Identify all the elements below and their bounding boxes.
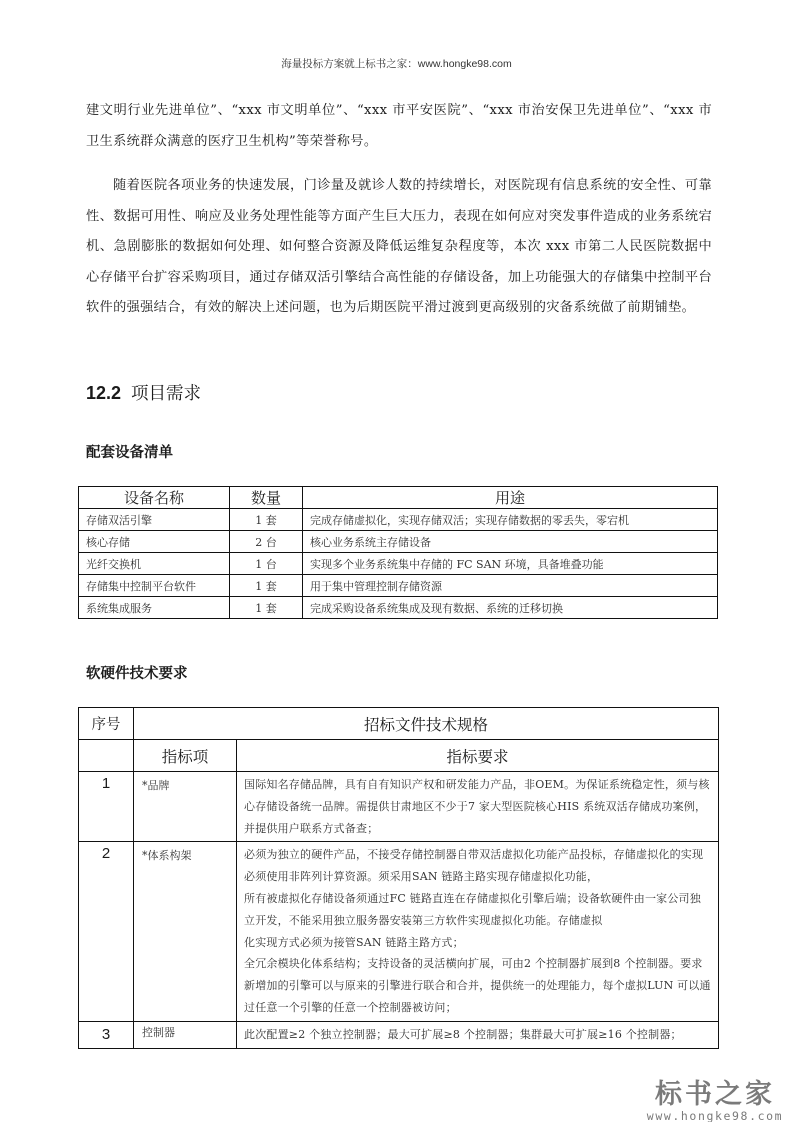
cell-use: 完成采购设备系统集成及现有数据、系统的迁移切换 xyxy=(303,597,718,619)
table-header-row: 序号 招标文件技术规格 xyxy=(79,708,719,740)
section-title: 项目需求 xyxy=(131,384,201,404)
cell-sn: 2 xyxy=(79,842,134,1021)
cell-req: 此次配置≥2 个独立控制器；最大可扩展≥8 个控制器；集群最大可扩展≥16 个控… xyxy=(237,1021,719,1048)
req-line: 全冗余模块化体系结构；支持设备的灵活横向扩展，可由2 个控制器扩展到8 个控制器… xyxy=(244,953,712,1018)
cell-use: 完成存储虚拟化，实现存储双活；实现存储数据的零丢失，零宕机 xyxy=(303,509,718,531)
cell-name: 光纤交换机 xyxy=(79,553,230,575)
table-row: 光纤交换机 1 台 实现多个业务系统集中存储的 FC SAN 环境，具备堆叠功能 xyxy=(79,553,718,575)
cell-name: 系统集成服务 xyxy=(79,597,230,619)
cell-item: *体系构架 xyxy=(134,842,237,1021)
cell-name: 存储集中控制平台软件 xyxy=(79,575,230,597)
table-row: 3 控制器 此次配置≥2 个独立控制器；最大可扩展≥8 个控制器；集群最大可扩展… xyxy=(79,1021,719,1048)
table-row: 存储双活引擎 1 套 完成存储虚拟化，实现存储双活；实现存储数据的零丢失，零宕机 xyxy=(79,509,718,531)
section-heading: 12.2项目需求 xyxy=(86,380,201,405)
table-row: 1 *品牌 国际知名存储品牌，具有自有知识产权和研发能力产品，非OEM。为保证系… xyxy=(79,772,719,842)
col-header-req: 指标要求 xyxy=(237,740,719,772)
cell-name: 存储双活引擎 xyxy=(79,509,230,531)
equipment-heading: 配套设备清单 xyxy=(86,441,173,462)
cell-item: *品牌 xyxy=(134,772,237,842)
table-header-row: 设备名称 数量 用途 xyxy=(79,487,718,509)
cell-use: 实现多个业务系统集中存储的 FC SAN 环境，具备堆叠功能 xyxy=(303,553,718,575)
cell-name: 核心存储 xyxy=(79,531,230,553)
cell-qty: 1 台 xyxy=(230,553,303,575)
cell-req: 必须为独立的硬件产品，不接受存储控制器自带双活虚拟化功能产品投标，存储虚拟化的实… xyxy=(237,842,719,1021)
cell-qty: 1 套 xyxy=(230,509,303,531)
col-header-name: 设备名称 xyxy=(79,487,230,509)
page-header: 海量投标方案就上标书之家：www.hongke98.com xyxy=(0,56,793,71)
tech-spec-table: 序号 招标文件技术规格 指标项 指标要求 1 *品牌 国际知名存储品牌，具有自有… xyxy=(78,707,719,1049)
watermark-url: www.hongke98.com xyxy=(640,1109,790,1122)
col-header-qty: 数量 xyxy=(230,487,303,509)
cell-req: 国际知名存储品牌，具有自有知识产权和研发能力产品，非OEM。为保证系统稳定性，须… xyxy=(237,772,719,842)
table-subheader-row: 指标项 指标要求 xyxy=(79,740,719,772)
col-header-item: 指标项 xyxy=(134,740,237,772)
req-line: 化实现方式必须为接管SAN 链路主路方式； xyxy=(244,932,712,954)
col-header-sn-cont xyxy=(79,740,134,772)
req-line: 必须为独立的硬件产品，不接受存储控制器自带双活虚拟化功能产品投标，存储虚拟化的实… xyxy=(244,844,712,888)
table-row: 存储集中控制平台软件 1 套 用于集中管理控制存储资源 xyxy=(79,575,718,597)
equipment-table: 设备名称 数量 用途 存储双活引擎 1 套 完成存储虚拟化，实现存储双活；实现存… xyxy=(78,486,718,619)
table-row: 系统集成服务 1 套 完成采购设备系统集成及现有数据、系统的迁移切换 xyxy=(79,597,718,619)
cell-use: 用于集中管理控制存储资源 xyxy=(303,575,718,597)
cell-qty: 1 套 xyxy=(230,575,303,597)
req-line: 所有被虚拟化存储设备须通过FC 链路直连在存储虚拟化引擎后端；设备软硬件由一家公… xyxy=(244,888,712,932)
cell-qty: 1 套 xyxy=(230,597,303,619)
cell-qty: 2 台 xyxy=(230,531,303,553)
header-url: www.hongke98.com xyxy=(418,58,512,70)
tech-heading: 软硬件技术要求 xyxy=(86,662,188,683)
watermark-logo: 标书之家 www.hongke98.com xyxy=(640,1072,790,1122)
cell-sn: 3 xyxy=(79,1021,134,1048)
col-header-sn: 序号 xyxy=(79,708,134,740)
paragraph-background: 随着医院各项业务的快速发展，门诊量及就诊人数的持续增长，对医院现有信息系统的安全… xyxy=(86,171,712,324)
cell-sn: 1 xyxy=(79,772,134,842)
table-row: 2 *体系构架 必须为独立的硬件产品，不接受存储控制器自带双活虚拟化功能产品投标… xyxy=(79,842,719,1021)
header-text: 海量投标方案就上标书之家： xyxy=(281,58,418,70)
col-header-spec: 招标文件技术规格 xyxy=(134,708,719,740)
cell-use: 核心业务系统主存储设备 xyxy=(303,531,718,553)
cell-item: 控制器 xyxy=(134,1021,237,1048)
section-number: 12.2 xyxy=(86,383,121,403)
paragraph-honors: 建文明行业先进单位”、“xxx 市文明单位”、“xxx 市平安医院”、“xxx … xyxy=(86,96,712,157)
watermark-cn: 标书之家 xyxy=(640,1072,790,1111)
table-row: 核心存储 2 台 核心业务系统主存储设备 xyxy=(79,531,718,553)
col-header-use: 用途 xyxy=(303,487,718,509)
